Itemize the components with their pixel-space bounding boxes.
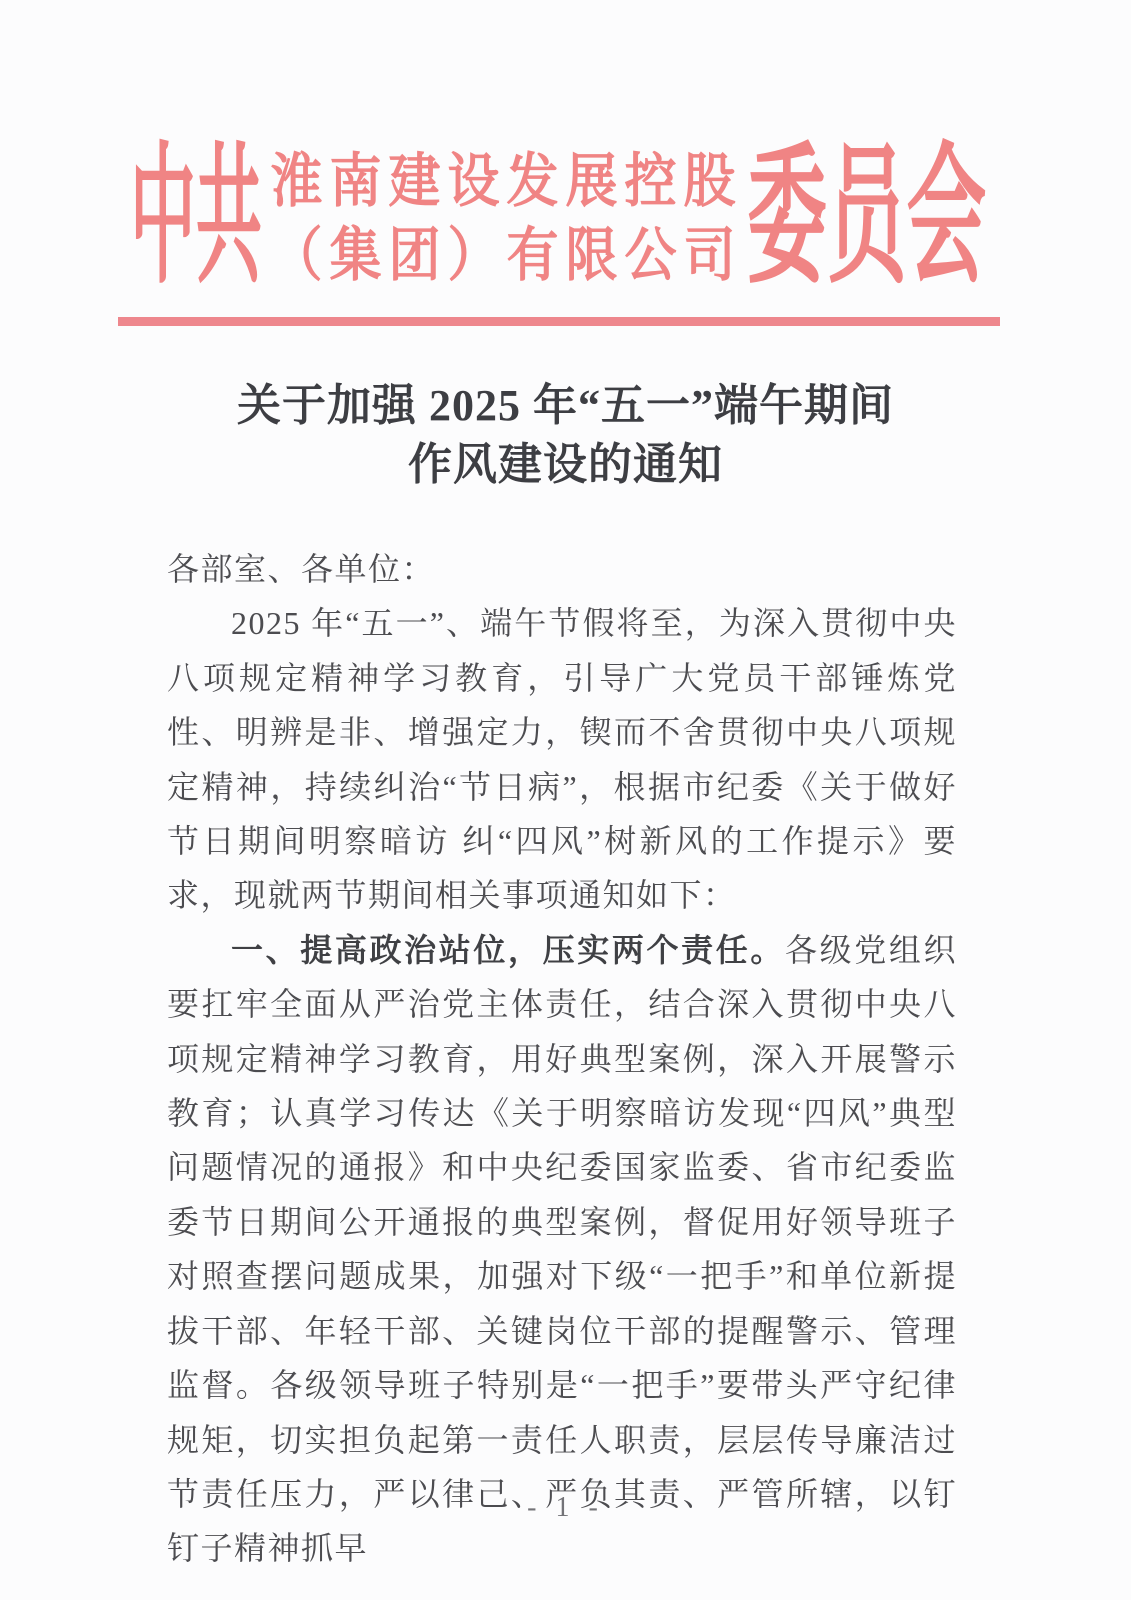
- party-prefix-text: 中共: [130, 142, 262, 294]
- masthead-party-prefix: 中共: [130, 140, 262, 298]
- org-name-line-1: 淮南建设发展控股: [268, 146, 745, 220]
- title-line-1: 关于加强 2025 年“五一”端午期间: [0, 376, 1131, 435]
- paragraph-section-1: 一、提高政治站位，压实两个责任。各级党组织要扛牢全面从严治党主体责任，结合深入贯…: [167, 923, 957, 1576]
- document-body: 各部室、各单位： 2025 年“五一”、端午节假将至，为深入贯彻中央八项规定精神…: [167, 542, 957, 1576]
- title-line-2: 作风建设的通知: [0, 435, 1131, 494]
- red-divider-line: [118, 317, 1000, 326]
- section-1-heading: 一、提高政治站位，压实两个责任。: [231, 932, 785, 968]
- org-name-line-2: （集团）有限公司: [268, 220, 745, 294]
- page-number: - 1 -: [0, 1492, 1131, 1524]
- masthead-committee: 委员会: [747, 140, 987, 298]
- masthead-org-name: 淮南建设发展控股 （集团）有限公司: [268, 146, 738, 294]
- section-1-text: 各级党组织要扛牢全面从严治党主体责任，结合深入贯彻中央八项规定精神学习教育，用好…: [167, 932, 957, 1566]
- paragraph-intro: 2025 年“五一”、端午节假将至，为深入贯彻中央八项规定精神学习教育，引导广大…: [167, 596, 957, 922]
- document-title: 关于加强 2025 年“五一”端午期间 作风建设的通知: [0, 376, 1131, 494]
- document-page: 中共 淮南建设发展控股 （集团）有限公司 委员会 关于加强 2025 年“五一”…: [0, 0, 1131, 1600]
- committee-text: 委员会: [747, 142, 986, 294]
- salutation: 各部室、各单位：: [167, 542, 957, 596]
- document-masthead: 中共 淮南建设发展控股 （集团）有限公司 委员会: [130, 140, 987, 298]
